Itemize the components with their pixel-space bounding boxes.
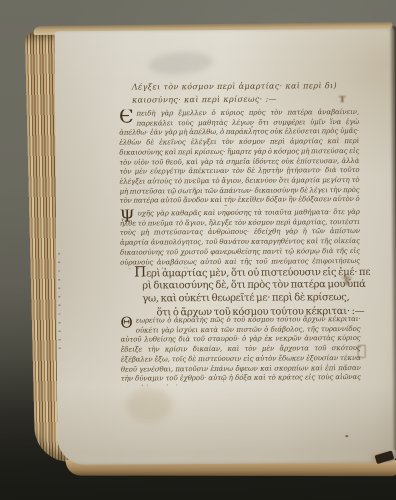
manuscript-page: Λέγξει τὸν κόσμον περὶ ἁμαρτίας· καὶ περ… [54,29,396,465]
ink-showthrough-stain [148,50,213,77]
gospel-lemma: Περὶ ἁμαρτίας μὲν, ὅτι οὐ πιστεύουσιν εἰ… [134,265,370,319]
codex-book: Λέγξει τὸν κόσμον περὶ ἁμαρτίας· καὶ περ… [26,23,396,478]
margin-t-mark: T [342,275,351,288]
rubric-heading-line2: καιοσύνης· καὶ περὶ κρίσεως· :— [132,94,277,106]
commentary-paragraph-2-text: υχῆς γὰρ καθαρᾶς καὶ νηφούσης τὰ τοιαῦτα… [120,208,360,269]
commentary-paragraph-2: Ψυχῆς γὰρ καθαρᾶς καὶ νηφούσης τὰ τοιαῦτ… [120,208,360,269]
ink-speck [345,435,348,437]
margin-ornament-top: T [339,96,346,105]
manuscript-photo-scene: Λέγξει τὸν κόσμον περὶ ἁμαρτίας· καὶ περ… [0,0,396,500]
initial-epsilon: Є [119,110,134,125]
commentary-paragraph-1-text: πειδὴ γὰρ ἔμελλεν ὁ κύριος πρὸς τὸν πατέ… [119,108,360,207]
commentary-paragraph-3-text: εωρείτω ὁ ἀκροατὴς πῶς ὁ τοῦ κόσμου τούτ… [121,315,361,386]
binding-prick-dots [58,253,60,349]
initial-theta: Θ [120,317,132,330]
rubric-heading-line1: Λέγξει τὸν κόσμον περὶ ἁμαρτίας· καὶ περ… [132,80,337,92]
gospel-lemma-line3: γω, καὶ οὐκέτι θεωρεῖτέ με· περὶ δὲ κρίσ… [142,291,370,306]
commentary-paragraph-3: Θεωρείτω ὁ ἀκροατὴς πῶς ὁ τοῦ κόσμου τού… [120,315,360,386]
page-stain [126,388,172,422]
commentary-paragraph-1: Єπειδὴ γὰρ ἔμελλεν ὁ κύριος πρὸς τὸν πατ… [119,108,360,207]
